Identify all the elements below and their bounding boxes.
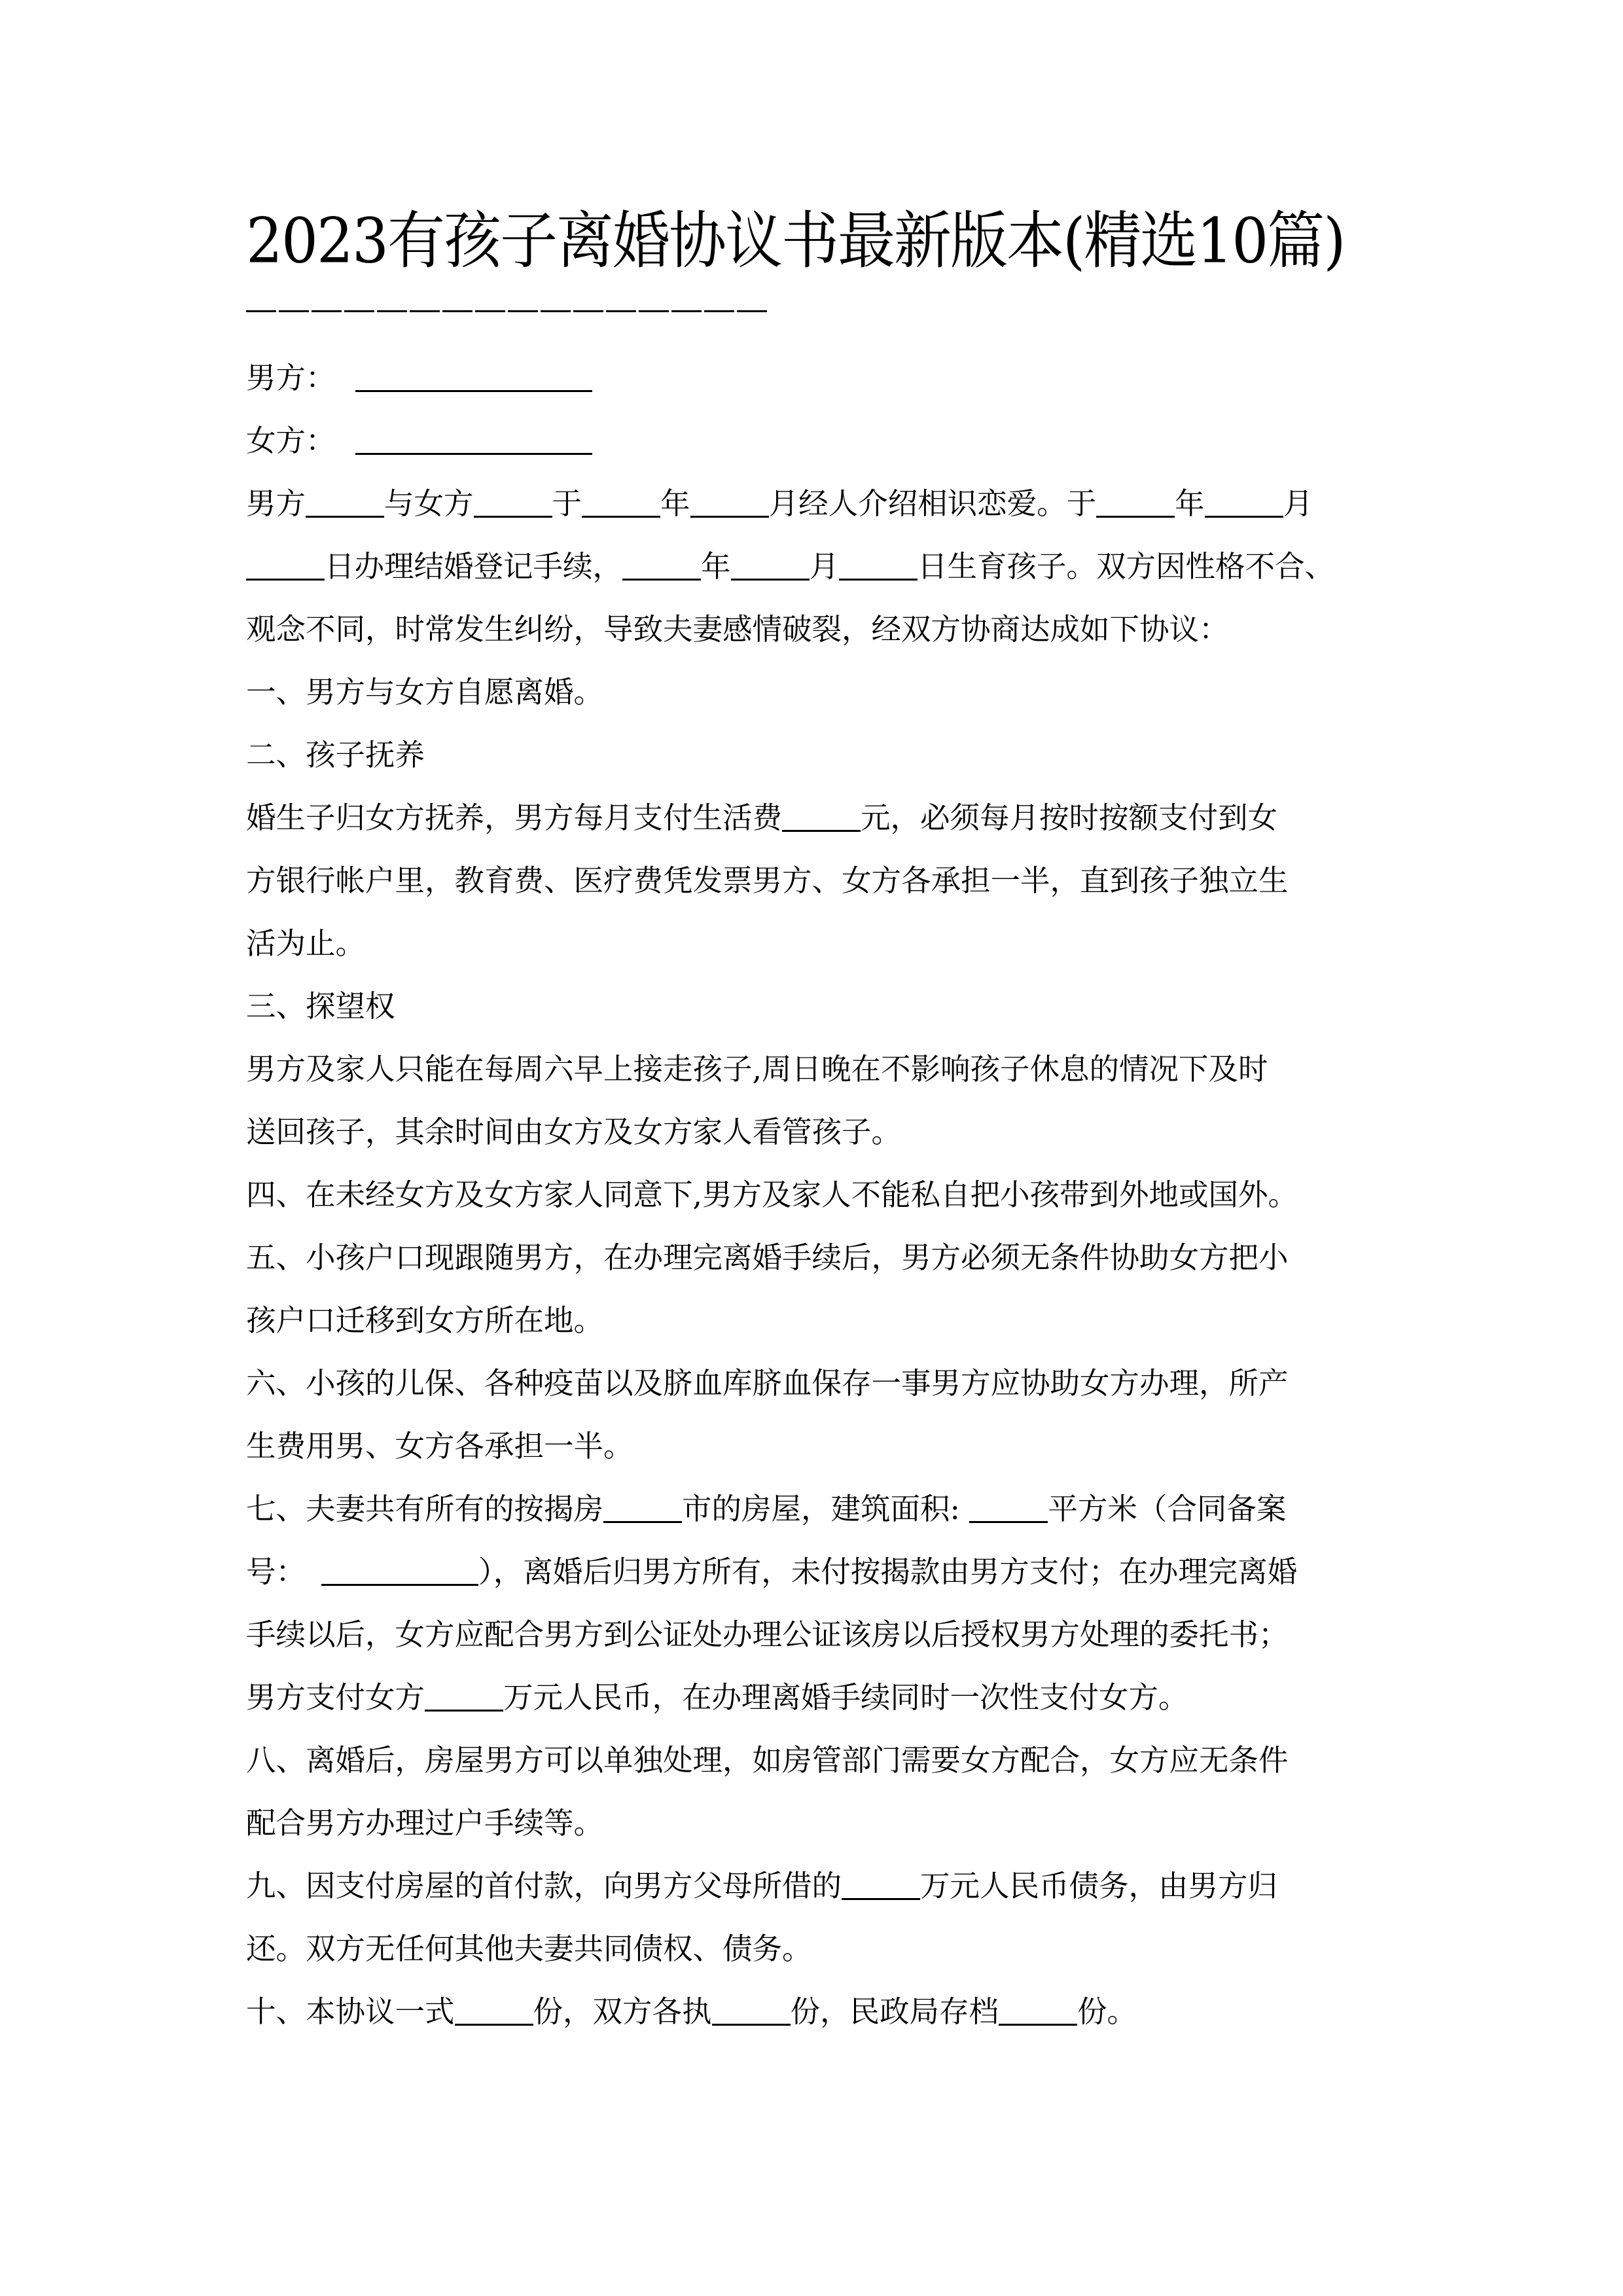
text-segment: 年 (1175, 486, 1205, 521)
meet-month-blank[interactable] (690, 490, 769, 518)
clause-8-line-2: 配合男方办理过户手续等。 (246, 1792, 1385, 1855)
text-segment: 日办理结婚登记手续， (325, 549, 622, 584)
clause-10: 十、本协议一式份，双方各执份，民政局存档份。 (246, 1981, 1385, 2043)
rule-segment (541, 310, 571, 312)
rule-segment (312, 310, 342, 312)
text-segment: ），离婚后归男方所有，未付按揭款由男方支付；在办理完离婚 (478, 1554, 1297, 1589)
rule-segment (606, 310, 636, 312)
rule-segment (246, 310, 276, 312)
contract-number-blank[interactable] (321, 1558, 478, 1586)
male-name-blank[interactable] (306, 490, 384, 518)
living-expense-blank[interactable] (782, 804, 861, 832)
area-blank[interactable] (969, 1495, 1048, 1523)
clause-6-line-2: 生费用男、女方各承担一半。 (246, 1415, 1385, 1478)
female-party-name-blank[interactable] (355, 427, 592, 455)
rule-segment (344, 310, 374, 312)
city-blank[interactable] (603, 1495, 682, 1523)
clause-4: 四、在未经女方及女方家人同意下,男方及家人不能私自把小孩带到外地或国外。 (246, 1164, 1385, 1227)
text-segment: 份，民政局存档 (791, 1994, 999, 2029)
male-party-line: 男方： (246, 347, 1385, 410)
clause-3-heading: 三、探望权 (246, 975, 1385, 1038)
text-segment: 男方支付女方 (246, 1680, 425, 1715)
rule-segment (508, 310, 538, 312)
marriage-day-blank[interactable] (246, 552, 325, 581)
text-segment: 日生育孩子。双方因性格不合、 (918, 549, 1334, 584)
rule-segment (737, 310, 767, 312)
clause-9-line-2: 还。双方无任何其他夫妻共同债权、债务。 (246, 1918, 1385, 1981)
marriage-month-blank[interactable] (1205, 490, 1283, 518)
meet-year-blank[interactable] (582, 490, 660, 518)
text-segment: 市的房屋，建筑面积: (682, 1492, 969, 1526)
agreement-body: 男方： 女方： 男方与女方于年月经人介绍相识恋爱。于年月 日办理结婚登记手续，年… (246, 347, 1385, 2043)
document-title: 2023有孩子离婚协议书最新版本(精选10篇) (246, 195, 1398, 287)
clause-2-line-3: 活为止。 (246, 912, 1385, 975)
clause-3-line-2: 送回孩子，其余时间由女方及女方家人看管孩子。 (246, 1101, 1385, 1164)
clause-2-line-1: 婚生子归女方抚养，男方每月支付生活费元，必须每月按时按额支付到女 (246, 787, 1385, 850)
total-copies-blank[interactable] (455, 1998, 533, 2026)
clause-5-line-1: 五、小孩户口现跟随男方，在办理完离婚手续后，男方必须无条件协助女方把小 (246, 1227, 1385, 1289)
rule-segment (377, 310, 407, 312)
payment-amount-blank[interactable] (425, 1683, 503, 1712)
rule-segment (671, 310, 702, 312)
text-segment: 元，必须每月按时按额支付到女 (861, 800, 1277, 835)
archive-copies-blank[interactable] (999, 1998, 1077, 2026)
text-segment: 份，双方各执 (533, 1994, 712, 2029)
clause-7-line-2: 号：），离婚后归男方所有，未付按揭款由男方支付；在办理完离婚 (246, 1541, 1385, 1604)
female-party-label: 女方： (246, 423, 336, 458)
female-name-blank[interactable] (474, 490, 552, 518)
text-segment: 万元人民币，在办理离婚手续同时一次性支付女方。 (503, 1680, 1188, 1715)
clause-9-line-1: 九、因支付房屋的首付款，向男方父母所借的万元人民币债务，由男方归 (246, 1855, 1385, 1918)
text-segment: 月 (810, 549, 840, 584)
rule-segment (442, 310, 473, 312)
clause-6-line-1: 六、小孩的儿保、各种疫苗以及脐血库脐血保存一事男方应协助女方办理，所产 (246, 1352, 1385, 1415)
male-party-name-blank[interactable] (355, 364, 592, 392)
title-dash-rule (246, 310, 767, 313)
rule-segment (704, 310, 734, 312)
rule-segment (410, 310, 440, 312)
debt-amount-blank[interactable] (842, 1872, 920, 1900)
clause-5-line-2: 孩户口迁移到女方所在地。 (246, 1289, 1385, 1352)
text-segment: 男方 (246, 486, 306, 521)
text-segment: 万元人民币债务，由男方归 (920, 1869, 1277, 1903)
clause-7-line-4: 男方支付女方万元人民币，在办理离婚手续同时一次性支付女方。 (246, 1666, 1385, 1729)
text-segment: 平方米（合同备案 (1048, 1492, 1286, 1526)
clause-2-line-2: 方银行帐户里，教育费、医疗费凭发票男方、女方各承担一半，直到孩子独立生 (246, 850, 1385, 912)
text-segment: 七、夫妻共有所有的按揭房 (246, 1492, 603, 1526)
text-segment: 份。 (1077, 1994, 1137, 2029)
clause-7-line-3: 手续以后，女方应配合男方到公证处办理公证该房以后授权男方处理的委托书； (246, 1604, 1385, 1666)
text-segment: 与女方 (384, 486, 474, 521)
birth-month-blank[interactable] (731, 552, 810, 581)
marriage-year-blank[interactable] (1096, 490, 1175, 518)
clause-1: 一、男方与女方自愿离婚。 (246, 661, 1385, 724)
rule-segment (279, 310, 309, 312)
text-segment: 婚生子归女方抚养，男方每月支付生活费 (246, 800, 782, 835)
male-party-label: 男方： (246, 361, 336, 395)
text-segment: 号： (246, 1554, 306, 1589)
birth-year-blank[interactable] (622, 552, 701, 581)
intro-line-2: 日办理结婚登记手续，年月日生育孩子。双方因性格不合、 (246, 535, 1385, 598)
text-segment: 年 (660, 486, 690, 521)
text-segment: 年 (701, 549, 731, 584)
clause-7-line-1: 七、夫妻共有所有的按揭房市的房屋，建筑面积: 平方米（合同备案 (246, 1478, 1385, 1541)
female-party-line: 女方： (246, 410, 1385, 473)
rule-segment (573, 310, 603, 312)
rule-segment (639, 310, 669, 312)
clause-2-heading: 二、孩子抚养 (246, 724, 1385, 787)
each-party-copies-blank[interactable] (712, 1998, 791, 2026)
text-segment: 月 (1283, 486, 1313, 521)
text-segment: 月经人介绍相识恋爱。于 (769, 486, 1097, 521)
intro-line-3: 观念不同，时常发生纠纷，导致夫妻感情破裂，经双方协商达成如下协议： (246, 598, 1385, 661)
text-segment: 十、本协议一式 (246, 1994, 455, 2029)
rule-segment (475, 310, 505, 312)
intro-line-1: 男方与女方于年月经人介绍相识恋爱。于年月 (246, 473, 1385, 535)
birth-day-blank[interactable] (839, 552, 918, 581)
clause-3-line-1: 男方及家人只能在每周六早上接走孩子,周日晚在不影响孩子休息的情况下及时 (246, 1038, 1385, 1101)
text-segment: 九、因支付房屋的首付款，向男方父母所借的 (246, 1869, 842, 1903)
text-segment: 于 (552, 486, 582, 521)
clause-8-line-1: 八、离婚后，房屋男方可以单独处理，如房管部门需要女方配合，女方应无条件 (246, 1729, 1385, 1792)
